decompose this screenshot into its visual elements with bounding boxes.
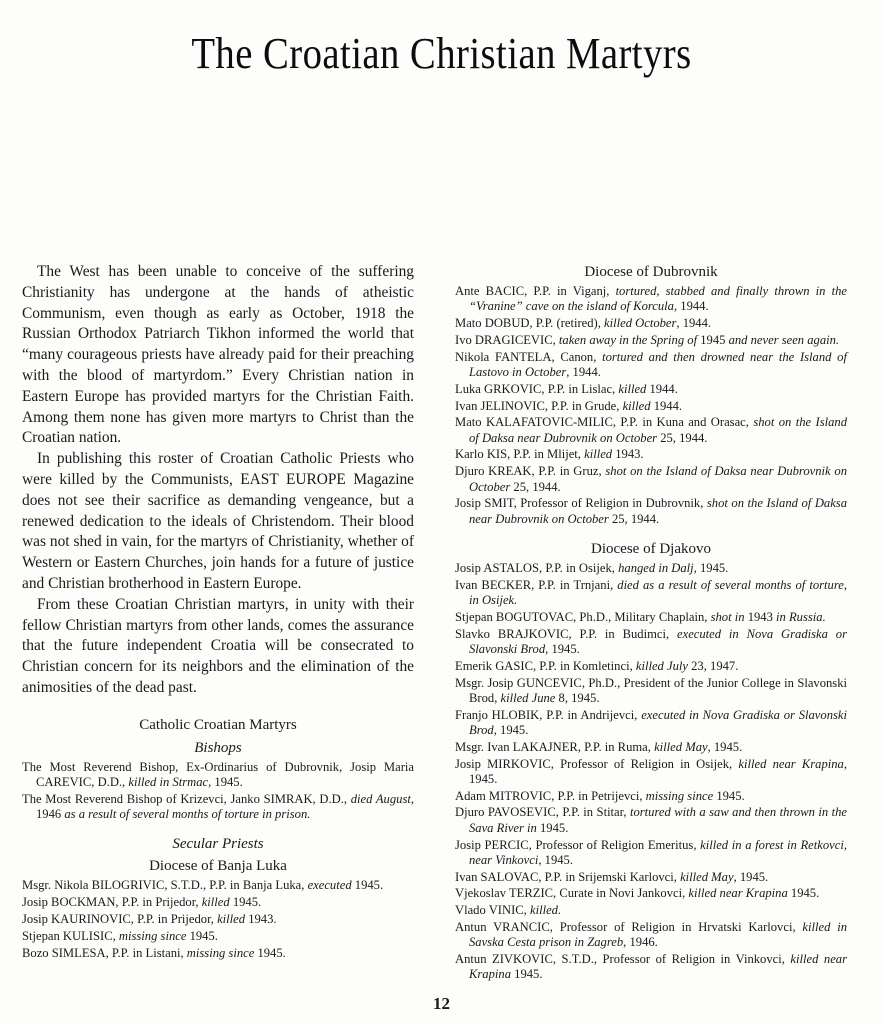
martyr-entry: Franjo HLOBIK, P.P. in Andrijevci, execu…: [455, 708, 847, 739]
intro-paragraph: The West has been unable to conceive of …: [22, 262, 414, 449]
martyr-entry: Karlo KIS, P.P. in Mlijet, killed 1943.: [455, 447, 847, 462]
diocese-djakovo-list: Josip ASTALOS, P.P. in Osijek, hanged in…: [455, 561, 847, 983]
martyr-entry: Vlado VINIC, killed.: [455, 903, 847, 918]
martyr-entry: Djuro PAVOSEVIC, P.P. in Stitar, torture…: [455, 805, 847, 836]
martyr-entry: Stjepan BOGUTOVAC, Ph.D., Military Chapl…: [455, 610, 847, 625]
right-column: Diocese of Dubrovnik Ante BACIC, P.P. in…: [455, 262, 847, 984]
martyr-entry: Vjekoslav TERZIC, Curate in Novi Jankovc…: [455, 886, 847, 901]
martyr-entry: Adam MITROVIC, P.P. in Petrijevci, missi…: [455, 789, 847, 804]
martyr-entry: Josip ASTALOS, P.P. in Osijek, hanged in…: [455, 561, 847, 576]
intro-paragraph: From these Croatian Christian martyrs, i…: [22, 595, 414, 699]
diocese-heading: Diocese of Banja Luka: [22, 856, 414, 876]
bishops-list: The Most Reverend Bishop, Ex-Ordinarius …: [22, 760, 414, 823]
martyr-entry: Antun VRANCIC, Professor of Religion in …: [455, 920, 847, 951]
left-column: The West has been unable to conceive of …: [22, 262, 414, 962]
martyr-entry: Josip MIRKOVIC, Professor of Religion in…: [455, 757, 847, 788]
martyr-entry: Ivan SALOVAC, P.P. in Srijemski Karlovci…: [455, 870, 847, 885]
page-title: The Croatian Christian Martyrs: [53, 28, 830, 79]
martyr-entry: The Most Reverend Bishop, Ex-Ordinarius …: [22, 760, 414, 791]
martyr-entry: Antun ZIVKOVIC, S.T.D., Professor of Rel…: [455, 952, 847, 983]
martyr-entry: Josip SMIT, Professor of Religion in Dub…: [455, 496, 847, 527]
page-number: 12: [0, 994, 883, 1014]
martyr-entry: Luka GRKOVIC, P.P. in Lislac, killed 194…: [455, 382, 847, 397]
martyr-entry: Msgr. Ivan LAKAJNER, P.P. in Ruma, kille…: [455, 740, 847, 755]
diocese-heading: Diocese of Dubrovnik: [455, 262, 847, 282]
martyr-entry: Emerik GASIC, P.P. in Komletinci, killed…: [455, 659, 847, 674]
martyr-entry: Mato DOBUD, P.P. (retired), killed Octob…: [455, 316, 847, 331]
introduction: The West has been unable to conceive of …: [22, 262, 414, 699]
diocese-banja-luka-list: Msgr. Nikola BILOGRIVIC, S.T.D., P.P. in…: [22, 878, 414, 960]
roster-heading: Catholic Croatian Martyrs: [22, 715, 414, 735]
martyr-entry: Ivan BECKER, P.P. in Trnjani, died as a …: [455, 578, 847, 609]
martyr-entry: Ivo DRAGICEVIC, taken away in the Spring…: [455, 333, 847, 348]
diocese-heading: Diocese of Djakovo: [455, 539, 847, 559]
intro-paragraph: In publishing this roster of Croatian Ca…: [22, 449, 414, 595]
martyr-entry: Josip KAURINOVIC, P.P. in Prijedor, kill…: [22, 912, 414, 927]
diocese-dubrovnik-list: Ante BACIC, P.P. in Viganj, tortured, st…: [455, 284, 847, 527]
martyr-entry: The Most Reverend Bishop of Krizevci, Ja…: [22, 792, 414, 823]
bishops-heading: Bishops: [22, 738, 414, 758]
martyr-entry: Mato KALAFATOVIC-MILIC, P.P. in Kuna and…: [455, 415, 847, 446]
martyr-entry: Ante BACIC, P.P. in Viganj, tortured, st…: [455, 284, 847, 315]
martyr-entry: Msgr. Josip GUNCEVIC, Ph.D., President o…: [455, 676, 847, 707]
martyr-entry: Djuro KREAK, P.P. in Gruz, shot on the I…: [455, 464, 847, 495]
martyr-entry: Nikola FANTELA, Canon, tortured and then…: [455, 350, 847, 381]
martyr-entry: Stjepan KULISIC, missing since 1945.: [22, 929, 414, 944]
martyr-entry: Msgr. Nikola BILOGRIVIC, S.T.D., P.P. in…: [22, 878, 414, 893]
martyr-entry: Josip BOCKMAN, P.P. in Prijedor, killed …: [22, 895, 414, 910]
martyr-entry: Josip PERCIC, Professor of Religion Emer…: [455, 838, 847, 869]
martyr-entry: Bozo SIMLESA, P.P. in Listani, missing s…: [22, 946, 414, 961]
martyr-entry: Ivan JELINOVIC, P.P. in Grude, killed 19…: [455, 399, 847, 414]
secular-priests-heading: Secular Priests: [22, 834, 414, 854]
martyr-entry: Slavko BRAJKOVIC, P.P. in Budimci, execu…: [455, 627, 847, 658]
